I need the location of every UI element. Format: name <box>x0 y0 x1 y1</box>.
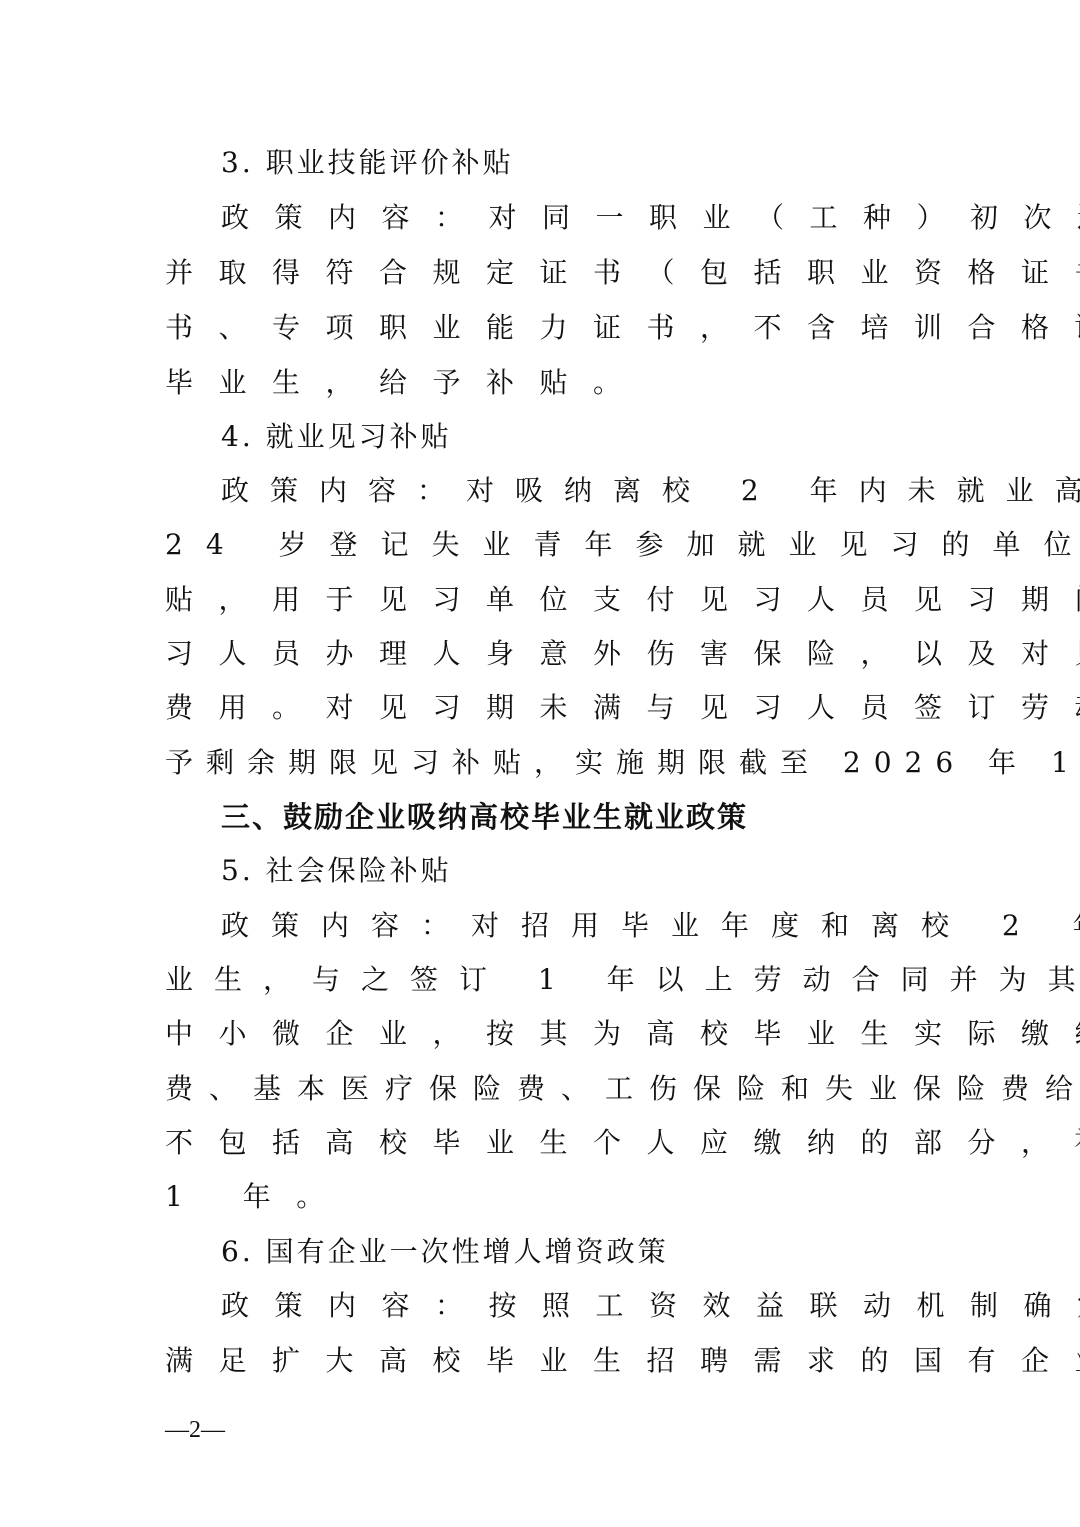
page-number: —2— <box>165 1414 225 1446</box>
paragraph-line: 业生，与之签订 1 年以上劳动合同并为其缴纳社会保险费的 <box>165 960 925 1000</box>
paragraph-line: 政策内容：按照工资效益联动机制确定的工资总额难以 <box>221 1286 981 1326</box>
paragraph-line: 并取得符合规定证书（包括职业资格证书、职业技能等级证 <box>165 253 925 293</box>
paragraph-line: 费用。对见习期未满与见习人员签订劳动合同的，各地可给 <box>165 688 925 728</box>
document-page: 3. 职业技能评价补贴 政策内容：对同一职业（工种）初次通过职业技能评价 并取得… <box>0 0 1080 1527</box>
paragraph-line: 贴，用于见习单位支付见习人员见习期间基本生活费、为见 <box>165 580 925 620</box>
paragraph-line: 习人员办理人身意外伤害保险，以及对见习人员的指导管理 <box>165 634 925 674</box>
paragraph-line: 书、专项职业能力证书，不含培训合格证）的毕业年度高校 <box>165 308 925 348</box>
paragraph-line: 毕业生，给予补贴。 <box>165 363 925 403</box>
paragraph-line: 24 岁登记失业青年参加就业见习的单位，给予就业见习补 <box>165 525 925 565</box>
paragraph-line: 政策内容：对吸纳离校 2 年内未就业高校毕业生和 16－ <box>221 471 981 511</box>
section-subheading-3: 3. 职业技能评价补贴 <box>221 143 981 183</box>
paragraph-line: 予剩余期限见习补贴，实施期限截至 2026 年 12 月 31 日。 <box>165 743 925 783</box>
section-subheading-6: 6. 国有企业一次性增人增资政策 <box>221 1232 981 1272</box>
paragraph-line: 不包括高校毕业生个人应缴纳的部分，补贴期限最长不超过 <box>165 1123 925 1163</box>
paragraph-line: 中小微企业，按其为高校毕业生实际缴纳的基本养老保险 <box>165 1014 925 1054</box>
paragraph-line: 满足扩大高校毕业生招聘需求的国有企业，经履行出资人职 <box>165 1341 925 1381</box>
section-subheading-4: 4. 就业见习补贴 <box>221 417 981 457</box>
section-heading-3: 三、鼓励企业吸纳高校毕业生就业政策 <box>221 797 981 837</box>
paragraph-line: 政策内容：对招用毕业年度和离校 2 年内未就业高校毕 <box>221 906 981 946</box>
paragraph-line: 费、基本医疗保险费、工伤保险和失业保险费给予一定补贴， <box>165 1069 925 1109</box>
paragraph-line: 政策内容：对同一职业（工种）初次通过职业技能评价 <box>221 198 981 238</box>
section-subheading-5: 5. 社会保险补贴 <box>221 851 981 891</box>
paragraph-line: 1 年。 <box>165 1177 925 1217</box>
